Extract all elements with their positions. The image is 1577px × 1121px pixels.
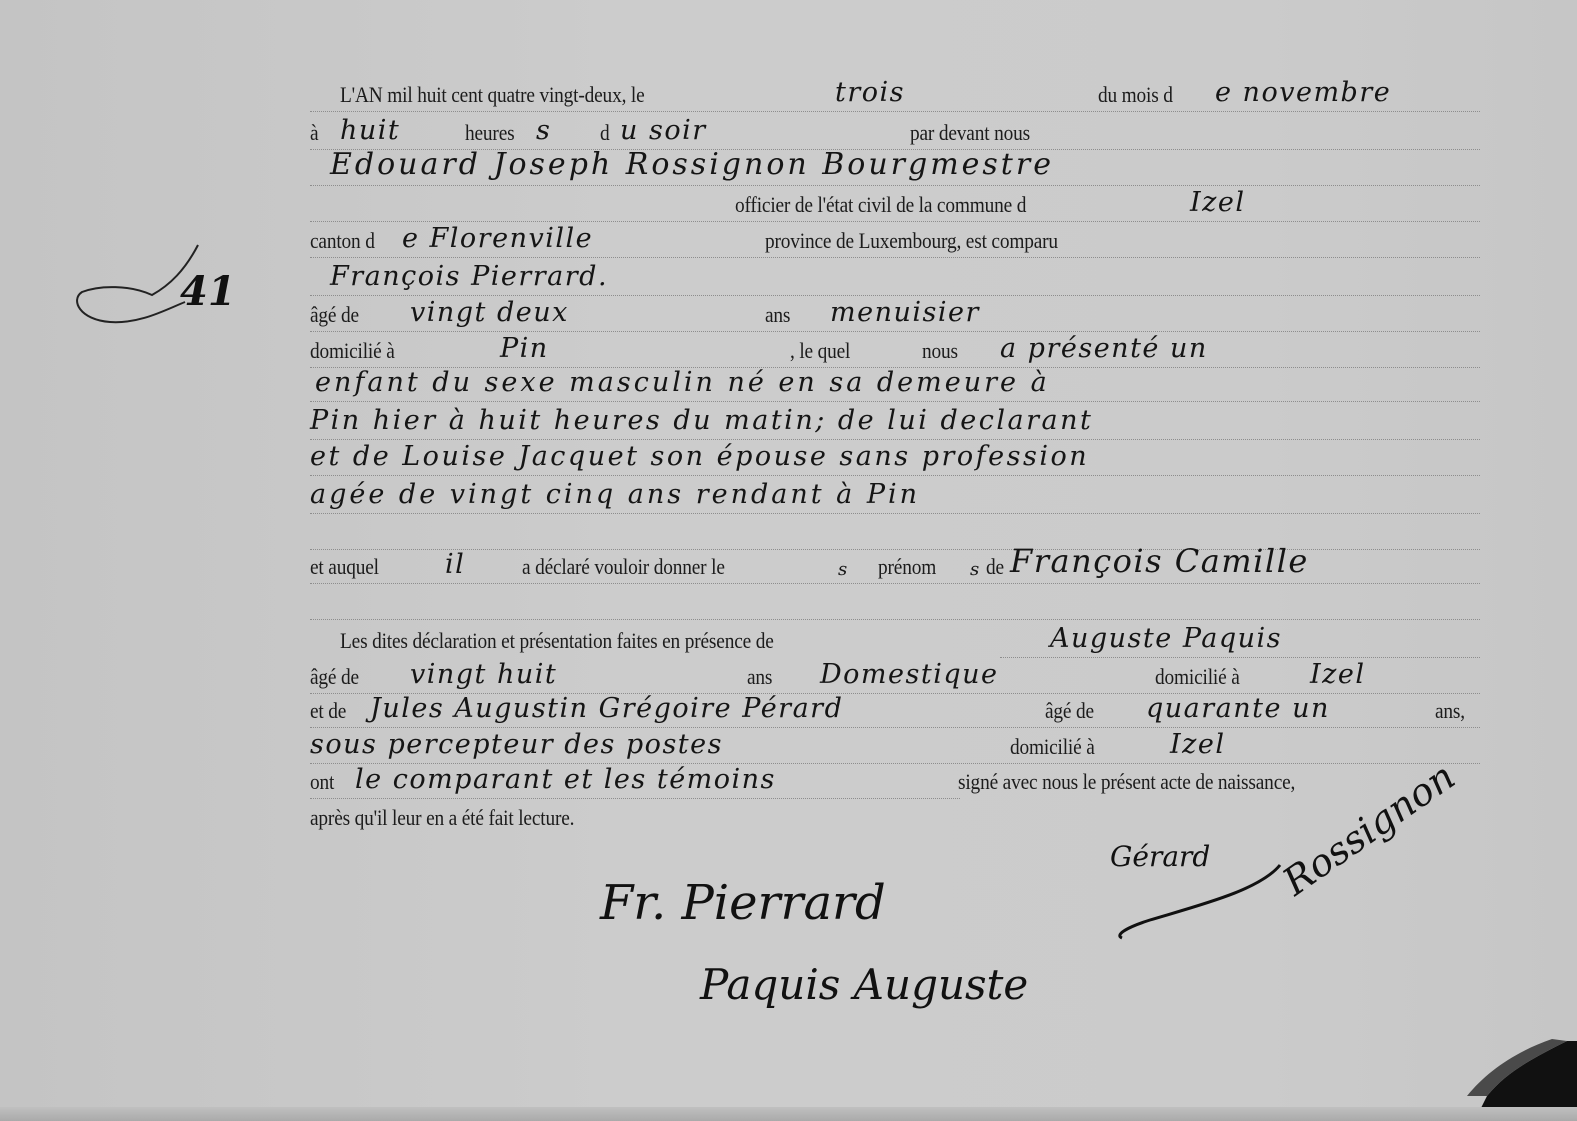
- ink-stain-icon: [1457, 1001, 1577, 1121]
- line-empty-2: [310, 586, 1480, 622]
- line-witness2-occupation: sous percepteur des postes domicilié à I…: [310, 730, 1480, 766]
- line-witness1-age: âgé de vingt huit ans Domestique domicil…: [310, 660, 1480, 696]
- line-given-names: et auquel il a déclaré vouloir donner le…: [310, 550, 1480, 586]
- line-signed: ont le comparant et les témoins signé av…: [310, 765, 1480, 801]
- line-declarant-age: âgé de vingt deux ans menuisier: [310, 298, 1480, 334]
- line-commune: officier de l'état civil de la commune d…: [310, 188, 1480, 224]
- page-bottom-edge: [0, 1107, 1577, 1121]
- signature-flourish-icon: [1110, 860, 1290, 940]
- line-declarant-name: François Pierrard.: [310, 262, 1480, 298]
- line-lecture: après qu'il leur en a été fait lecture.: [310, 801, 1480, 837]
- signature-witness-1: Paquis Auguste: [700, 960, 1028, 1009]
- line-officer-name: Edouard Joseph Rossignon Bourgmestre: [310, 152, 1480, 188]
- signature-declarant: Fr. Pierrard: [600, 875, 886, 931]
- line-date: L'AN mil huit cent quatre vingt-deux, le…: [310, 78, 1480, 114]
- line-text-1: enfant du sexe masculin né en sa demeure…: [310, 368, 1480, 404]
- line-declarant-domicile: domicilié à Pin , le quel nous a présent…: [310, 334, 1480, 370]
- line-witness2-name: et de Jules Augustin Grégoire Pérard âgé…: [310, 694, 1480, 730]
- line-canton: canton d e Florenville province de Luxem…: [310, 224, 1480, 260]
- line-text-2: Pin hier à huit heures du matin; de lui …: [310, 406, 1480, 442]
- birth-record-page: 41 L'AN mil huit cent quatre vingt-deux,…: [0, 0, 1577, 1121]
- line-presence: Les dites déclaration et présentation fa…: [310, 624, 1480, 660]
- line-text-3: et de Louise Jacquet son épouse sans pro…: [310, 442, 1480, 478]
- line-text-4: agée de vingt cinq ans rendant à Pin: [310, 480, 1480, 516]
- margin-record-number: 41: [70, 240, 240, 335]
